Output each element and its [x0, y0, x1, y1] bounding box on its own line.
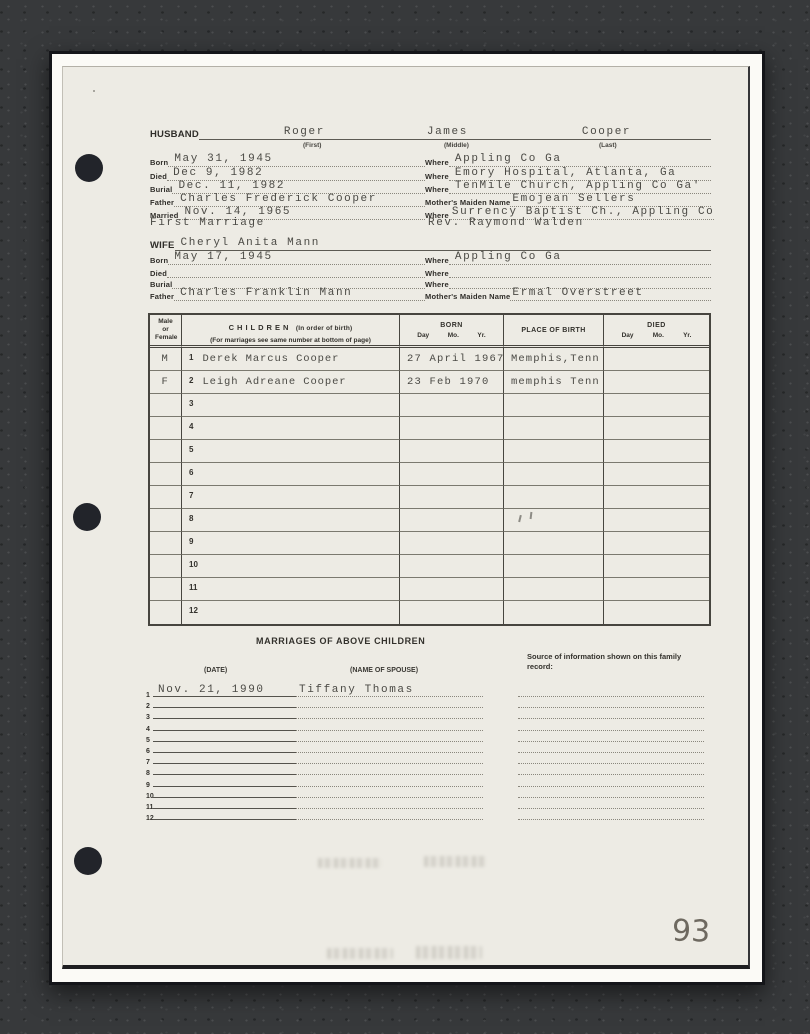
bleedthrough-smudge	[424, 856, 486, 867]
page-number: 93	[671, 913, 710, 949]
child-name-cell: 7	[182, 486, 400, 509]
child-died-cell	[604, 440, 709, 463]
child-sex-cell	[150, 417, 182, 440]
child-place-cell: Memphis,Tenn	[504, 348, 604, 371]
child-died-cell	[604, 601, 709, 624]
child-place-cell	[504, 578, 604, 601]
husband-born-value: May 31, 1945	[168, 153, 425, 167]
child-number: 2	[189, 376, 193, 385]
child-name-cell: 5	[182, 440, 400, 463]
last-name-caption: (Last)	[599, 142, 617, 149]
husband-died-where-value: Emory Hospital, Atlanta, Ga	[449, 167, 711, 181]
child-name-cell: 8	[182, 509, 400, 532]
children-header-marriage-note: (For marriages see same number at bottom…	[182, 337, 399, 344]
child-sex-cell: M	[150, 348, 182, 371]
child-number: 10	[189, 560, 198, 569]
child-number: 7	[189, 491, 193, 500]
wife-name-value: Cheryl Anita Mann	[175, 237, 711, 251]
child-sex-cell	[150, 578, 182, 601]
child-born-cell: 27 April 1967	[400, 348, 504, 371]
child-name-cell: 1Derek Marcus Cooper	[182, 348, 400, 371]
husband-name-row: HUSBAND Roger James Cooper	[150, 124, 711, 140]
wife-father-value: Charles Franklin Mann	[174, 287, 425, 301]
child-number: 6	[189, 468, 193, 477]
husband-died-where-row: Where Emory Hospital, Atlanta, Ga	[425, 167, 711, 181]
child-name-cell: 2Leigh Adreane Cooper	[182, 371, 400, 394]
died-yr-label: Yr.	[683, 332, 691, 339]
marriage-spouse	[296, 819, 483, 820]
marriage-source	[518, 819, 704, 820]
child-place-cell	[504, 394, 604, 417]
husband-born-label: Born	[150, 158, 168, 167]
children-table: Male or Female CHILDREN (In order of bir…	[148, 313, 711, 626]
born-yr-label: Yr.	[477, 332, 485, 339]
children-header-sex: Male or Female	[150, 315, 182, 348]
husband-burial-where-row: Where TenMile Church, Appling Co Ga'	[425, 180, 711, 194]
child-place-cell	[504, 440, 604, 463]
child-born-cell	[400, 463, 504, 486]
marriage-row: 12	[146, 808, 711, 820]
husband-born-where-label: Where	[425, 158, 449, 167]
children-header-died: DIED Day Mo. Yr.	[604, 315, 709, 348]
wife-father-row: Father Charles Franklin Mann	[150, 287, 425, 301]
child-name-cell: 10	[182, 555, 400, 578]
child-born-cell	[400, 417, 504, 440]
form-content: HUSBAND Roger James Cooper (First) (Midd…	[0, 0, 810, 1034]
child-died-cell	[604, 417, 709, 440]
child-place-cell	[504, 486, 604, 509]
child-sex-cell	[150, 601, 182, 624]
marriage-row: 5	[146, 730, 711, 742]
child-died-cell	[604, 371, 709, 394]
child-sex-cell	[150, 509, 182, 532]
child-born-cell	[400, 509, 504, 532]
child-number: 1	[189, 353, 193, 362]
wife-born-row: Born May 17, 1945	[150, 251, 425, 265]
marriage-row: 2	[146, 696, 711, 708]
hole-punch-bottom	[74, 847, 102, 875]
husband-name-line: Roger James Cooper	[199, 139, 711, 140]
wife-born-value: May 17, 1945	[168, 251, 425, 265]
child-sex-cell: F	[150, 371, 182, 394]
husband-mother-row: Mother's Maiden Name Emojean Sellers	[425, 193, 711, 207]
husband-section-label: HUSBAND	[150, 129, 199, 140]
children-header-main: CHILDREN (In order of birth) (For marria…	[182, 315, 400, 348]
child-place-cell	[504, 555, 604, 578]
marriage-date: Nov. 21, 1990	[153, 684, 296, 697]
child-born-cell	[400, 578, 504, 601]
marriage-date	[153, 819, 296, 820]
child-name-cell: 6	[182, 463, 400, 486]
child-number: 9	[189, 537, 193, 546]
hole-punch-top	[75, 154, 103, 182]
born-header-label: BORN	[400, 322, 503, 329]
child-place-cell	[504, 417, 604, 440]
child-name: Derek Marcus Cooper	[202, 353, 339, 365]
wife-mother-value: Ermal Overstreet	[510, 287, 711, 301]
bleedthrough-smudge	[416, 946, 482, 959]
child-place-cell: memphis Tenn	[504, 371, 604, 394]
wife-name-row: WIFE Cheryl Anita Mann	[150, 236, 711, 251]
child-name-cell: 12	[182, 601, 400, 624]
child-name: Leigh Adreane Cooper	[202, 376, 346, 388]
child-number: 3	[189, 399, 193, 408]
husband-born-row: Born May 31, 1945	[150, 153, 425, 167]
husband-born-where-row: Where Appling Co Ga	[425, 153, 711, 167]
child-sex-cell	[150, 532, 182, 555]
children-header-title: CHILDREN	[229, 323, 292, 332]
wife-mother-row: Mother's Maiden Name Ermal Overstreet	[425, 287, 711, 301]
child-died-cell	[604, 348, 709, 371]
wife-mother-label: Mother's Maiden Name	[425, 292, 510, 301]
child-sex-cell	[150, 555, 182, 578]
husband-burial-where-value: TenMile Church, Appling Co Ga'	[449, 180, 711, 194]
speck-mark	[93, 90, 95, 92]
child-sex-cell	[150, 463, 182, 486]
marriage-spouse: Tiffany Thomas	[296, 684, 483, 697]
child-died-cell	[604, 532, 709, 555]
child-born-cell	[400, 394, 504, 417]
child-place-cell	[504, 509, 604, 532]
child-died-cell	[604, 555, 709, 578]
child-born-cell	[400, 486, 504, 509]
marriage-date-header: (DATE)	[204, 667, 227, 674]
child-name-cell: 11	[182, 578, 400, 601]
officiant-name: Rev. Raymond Walden	[428, 217, 584, 229]
marriage-row: 11	[146, 797, 711, 809]
wife-father-label: Father	[150, 292, 174, 301]
husband-father-row: Father Charles Frederick Cooper	[150, 193, 425, 207]
husband-middle-name: James	[427, 126, 468, 139]
child-died-cell	[604, 463, 709, 486]
husband-father-value: Charles Frederick Cooper	[174, 193, 425, 207]
child-number: 5	[189, 445, 193, 454]
husband-died-row: Died Dec 9, 1982	[150, 167, 425, 181]
marriage-row: 7	[146, 752, 711, 764]
source-of-information-label: Source of information shown on this fami…	[527, 652, 709, 672]
child-born-cell: 23 Feb 1970	[400, 371, 504, 394]
child-born-cell	[400, 555, 504, 578]
marriage-row: 3	[146, 707, 711, 719]
marriage-row: 10	[146, 786, 711, 798]
child-number: 11	[189, 583, 197, 592]
bleedthrough-smudge	[327, 948, 393, 959]
died-day-label: Day	[622, 332, 634, 339]
child-place-cell	[504, 532, 604, 555]
child-place-cell	[504, 463, 604, 486]
died-mo-label: Mo.	[653, 332, 664, 339]
child-number: 4	[189, 422, 193, 431]
child-place-cell	[504, 601, 604, 624]
child-born-cell	[400, 440, 504, 463]
wife-born-where-value: Appling Co Ga	[449, 251, 711, 265]
children-header-born: BORN Day Mo. Yr.	[400, 315, 504, 348]
husband-first-name: Roger	[284, 126, 325, 139]
hole-punch-middle	[73, 503, 101, 531]
child-born-cell	[400, 532, 504, 555]
child-sex-cell	[150, 486, 182, 509]
child-died-cell	[604, 394, 709, 417]
born-mo-label: Mo.	[448, 332, 459, 339]
marriage-row: 6	[146, 741, 711, 753]
husband-burial-value: Dec. 11, 1982	[172, 180, 425, 194]
wife-section-label: WIFE	[150, 240, 175, 251]
marriage-spouse-header: (NAME OF SPOUSE)	[350, 667, 418, 674]
first-name-caption: (First)	[303, 142, 321, 149]
marriages-section-title: MARRIAGES OF ABOVE CHILDREN	[256, 636, 425, 646]
scanned-document-background: HUSBAND Roger James Cooper (First) (Midd…	[0, 0, 810, 1034]
born-day-label: Day	[417, 332, 429, 339]
children-header-place: PLACE OF BIRTH	[504, 315, 604, 348]
marriage-row: 9	[146, 775, 711, 787]
husband-born-where-value: Appling Co Ga	[449, 153, 711, 167]
middle-name-caption: (Middle)	[444, 142, 469, 149]
child-sex-cell	[150, 440, 182, 463]
first-marriage-note: First Marriage	[150, 217, 265, 229]
child-died-cell	[604, 486, 709, 509]
died-header-label: DIED	[604, 322, 709, 329]
husband-died-value: Dec 9, 1982	[167, 167, 425, 181]
child-born-cell	[400, 601, 504, 624]
marriage-row: 8	[146, 763, 711, 775]
children-header-order-note: (In order of birth)	[296, 325, 353, 332]
bleedthrough-smudge	[318, 858, 382, 868]
child-name-cell: 3	[182, 394, 400, 417]
child-number: 12	[189, 606, 198, 615]
husband-mother-value: Emojean Sellers	[510, 193, 711, 207]
husband-last-name: Cooper	[582, 126, 631, 139]
child-sex-cell	[150, 394, 182, 417]
child-died-cell	[604, 509, 709, 532]
child-number: 8	[189, 514, 193, 523]
child-name-cell: 4	[182, 417, 400, 440]
husband-burial-row: Burial Dec. 11, 1982	[150, 180, 425, 194]
marriage-row: 1Nov. 21, 1990Tiffany Thomas	[146, 685, 711, 697]
child-died-cell	[604, 578, 709, 601]
marriage-row: 4	[146, 719, 711, 731]
child-name-cell: 9	[182, 532, 400, 555]
wife-born-where-row: Where Appling Co Ga	[425, 251, 711, 265]
